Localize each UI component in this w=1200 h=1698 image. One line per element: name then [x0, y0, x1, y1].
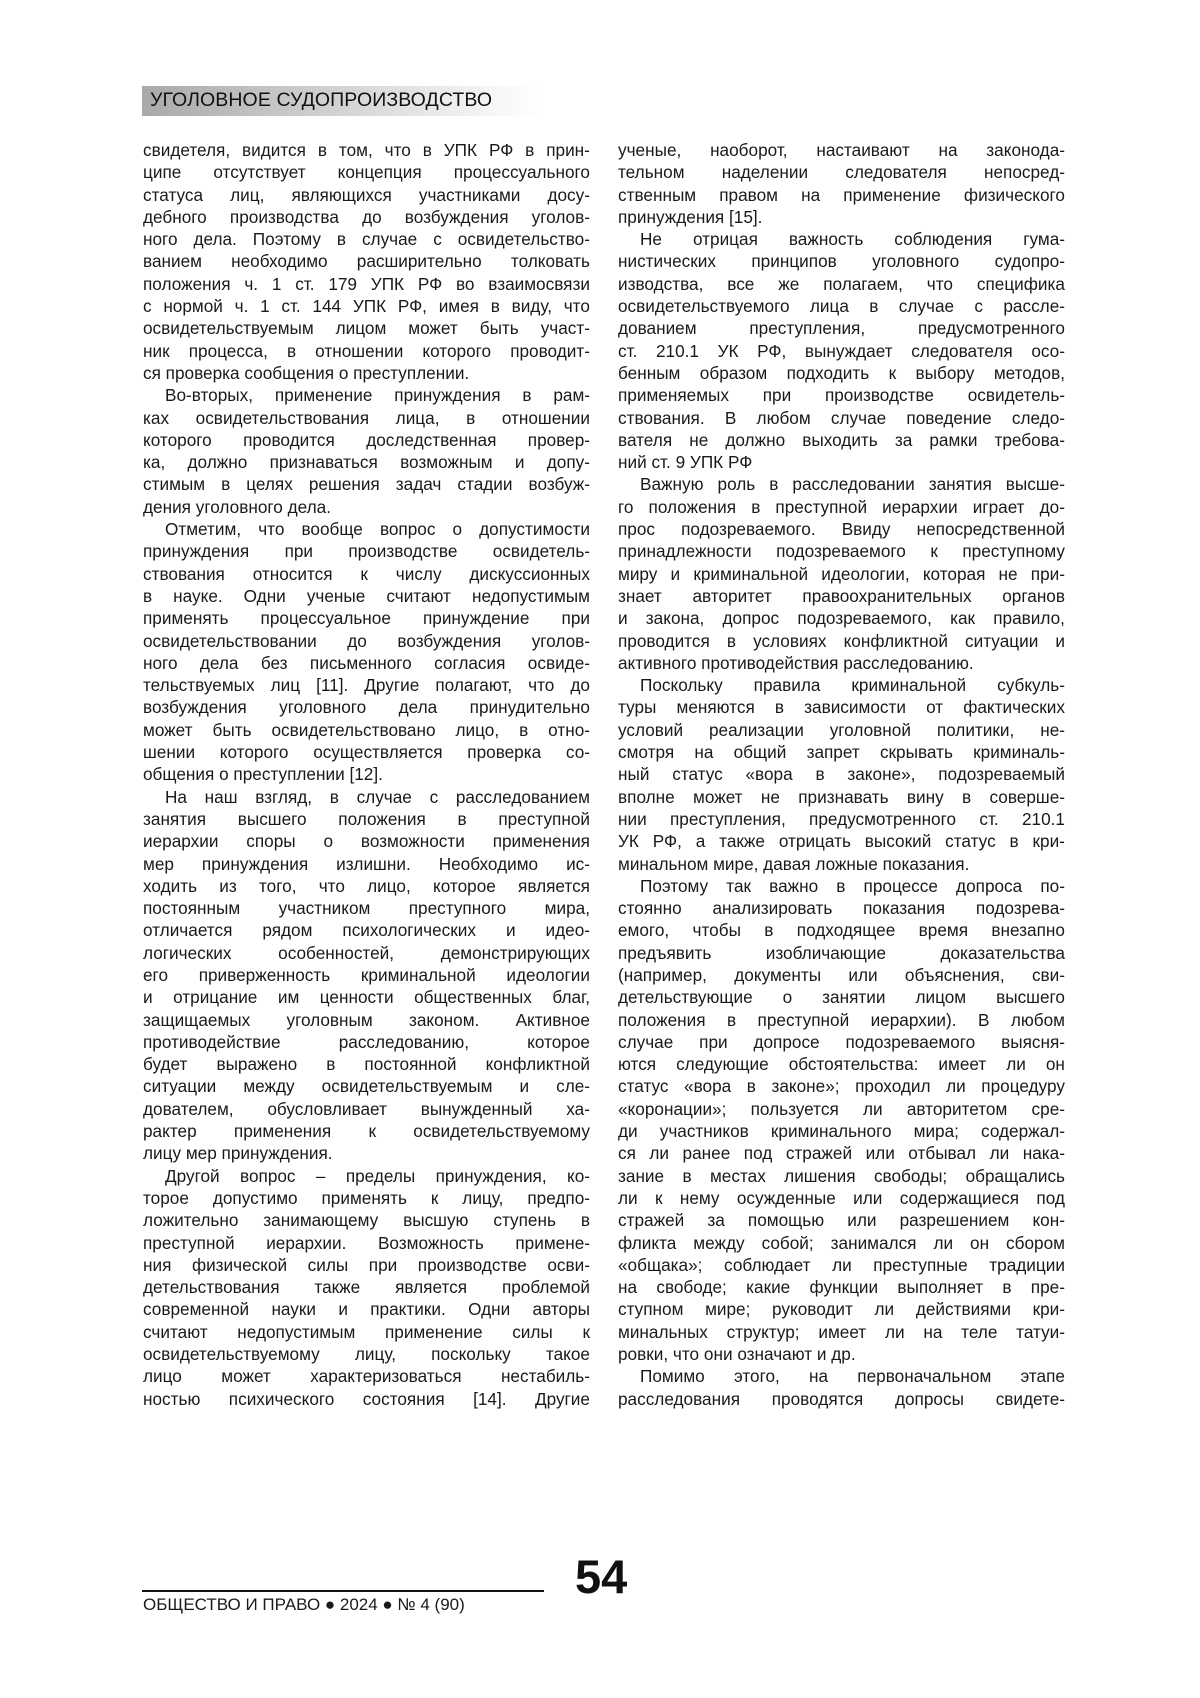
text-line: изакона,допросподозреваемого,какправило,: [618, 607, 1065, 629]
right-column: ученые,наоборот,настаиваютназаконода-тел…: [618, 139, 1065, 1410]
text-line: изводства,всежеполагаем,чтоспецифика: [618, 273, 1065, 295]
text-line: ученые,наоборот,настаиваютназаконода-: [618, 139, 1065, 161]
text-line: Неотрицаяважностьсоблюдениягума-: [618, 228, 1065, 250]
journal-footer: ОБЩЕСТВО И ПРАВО ● 2024 ● № 4 (90): [143, 1595, 465, 1615]
text-line: «коронации»;пользуетсялиавторитетомсре-: [618, 1098, 1065, 1120]
text-line: Во-вторых,применениепринужденияврам-: [143, 384, 590, 406]
text-line: Отметим,чтовообщевопросодопустимости: [143, 518, 590, 540]
text-line: стимымвцеляхрешениязадачстадиивозбуж-: [143, 473, 590, 495]
text-line: нистическихпринциповуголовногосудопро-: [618, 250, 1065, 272]
text-line: ходитьизтого,чтолицо,котороеявляется: [143, 875, 590, 897]
text-line: смотрянаобщийзапретскрыватькриминаль-: [618, 741, 1065, 763]
text-line: дованиемпреступления,предусмотренного: [618, 317, 1065, 339]
text-line: условийреализацииуголовнойполитики,не-: [618, 719, 1065, 741]
text-line: тельномнаделенииследователянепосред-: [618, 161, 1065, 183]
text-line: ютсяследующиеобстоятельства:имеетлион: [618, 1053, 1065, 1075]
text-line: рактерприменениякосвидетельствуемому: [143, 1120, 590, 1142]
text-line: иотрицаниеимценностиобщественныхблаг,: [143, 986, 590, 1008]
text-line: применяемыхприпроизводствеосвидетель-: [618, 384, 1065, 406]
text-line: свидетеля,видитсявтом,чтовУПКРФвприн-: [143, 139, 590, 161]
text-line: активного противодействия расследованию.: [618, 652, 1065, 674]
text-line: заниевместахлишениясвободы;обращались: [618, 1165, 1065, 1187]
text-line: просподозреваемого.Ввидунепосредственной: [618, 518, 1065, 540]
text-line: минальном мире, давая ложные показания.: [618, 853, 1065, 875]
text-line: преступнойиерархии.Возможностьпримене-: [143, 1232, 590, 1254]
text-line: ся проверка сообщения о преступлении.: [143, 362, 590, 384]
text-line: ногоделабезписьменногосогласияосвиде-: [143, 652, 590, 674]
left-column: свидетеля,видитсявтом,чтовУПКРФвприн-цип…: [143, 139, 590, 1410]
text-line: принуждения [15].: [618, 206, 1065, 228]
text-line: иерархииспорыовозможностиприменения: [143, 830, 590, 852]
text-line: ципеотсутствуетконцепцияпроцессуального: [143, 161, 590, 183]
text-line: Помимоэтого,напервоначальномэтапе: [618, 1365, 1065, 1387]
text-line: можетбытьосвидетельствованолицо,вотно-: [143, 719, 590, 741]
text-line: сялиранееподстражейилиотбываллинака-: [618, 1142, 1065, 1164]
text-line: Важнуюрольврасследованиизанятиявысше-: [618, 473, 1065, 495]
text-line: кахосвидетельствованиялица,вотношении: [143, 407, 590, 429]
text-line: внауке.Одниученыесчитаютнедопустимым: [143, 585, 590, 607]
text-line: считаютнедопустимымприменениесилык: [143, 1321, 590, 1343]
text-line: беннымобразомподходитьквыборуметодов,: [618, 362, 1065, 384]
text-line: предъявитьизобличающиедоказательства: [618, 942, 1065, 964]
text-line: принадлежностиподозреваемогокпреступному: [618, 540, 1065, 562]
text-line: ступноммире;руководитлидействиямикри-: [618, 1298, 1065, 1320]
text-line: ст.210.1УКРФ,вынуждаетследователяосо-: [618, 340, 1065, 362]
text-line: ниипреступления,предусмотренногост.210.1: [618, 808, 1065, 830]
text-line: современнойнаукиипрактики.Одниавторы: [143, 1298, 590, 1320]
text-line: положенияч.1ст.179УПКРФвовзаимосвязи: [143, 273, 590, 295]
text-line: логическихособенностей,демонстрирующих: [143, 942, 590, 964]
text-line: которогопроводитсядоследственнаяпровер-: [143, 429, 590, 451]
text-line: занятиявысшегоположениявпреступной: [143, 808, 590, 830]
text-line: лицу мер принуждения.: [143, 1142, 590, 1164]
text-line: фликтамеждусобой;занималсялионсбором: [618, 1232, 1065, 1254]
text-line: Нанашвзгляд,вслучаесрасследованием: [143, 786, 590, 808]
text-line: ликнемуосужденныеилисодержащиесяпод: [618, 1187, 1065, 1209]
section-header-bar: УГОЛОВНОЕ СУДОПРОИЗВОДСТВО: [142, 86, 542, 116]
text-line: освидетельствуемоголицавслучаесрассле-: [618, 295, 1065, 317]
text-line: вполнеможетнепризнаватьвинувсоверше-: [618, 786, 1065, 808]
page-number: 54: [575, 1553, 627, 1600]
section-title: УГОЛОВНОЕ СУДОПРОИЗВОДСТВО: [150, 89, 492, 112]
text-line: освидетельствованиидовозбужденияуголов-: [143, 630, 590, 652]
text-line: снормойч.1ст.144УПКРФ,имеяввиду,что: [143, 295, 590, 317]
text-line: мируикриминальнойидеологии,котораянепри-: [618, 563, 1065, 585]
text-line: Поэтомутакважновпроцесседопросапо-: [618, 875, 1065, 897]
text-line: «общака»;соблюдаетлипреступныетрадиции: [618, 1254, 1065, 1276]
text-line: расследованияпроводятсядопросысвидете-: [618, 1388, 1065, 1410]
text-line: тороедопустимоприменятьклицу,предпо-: [143, 1187, 590, 1209]
text-line: случаепридопросеподозреваемоговыясня-: [618, 1031, 1065, 1053]
text-line: освидетельствуемомулицу,посколькутакое: [143, 1343, 590, 1365]
text-line: проводитсявусловияхконфликтнойситуациии: [618, 630, 1065, 652]
text-line: насвободе;какиефункциивыполняетвпре-: [618, 1276, 1065, 1298]
text-line: детельствующиеозанятиилицомвысшего: [618, 986, 1065, 1008]
text-line: УКРФ,атакжеотрицатьвысокийстатусвкри-: [618, 830, 1065, 852]
text-line: принужденияприпроизводствеосвидетель-: [143, 540, 590, 562]
text-line: турыменяютсявзависимостиотфактических: [618, 696, 1065, 718]
text-line: статус«воравзаконе»;проходиллипроцедуру: [618, 1075, 1065, 1097]
text-line: ностьюпсихическогосостояния[14].Другие: [143, 1388, 590, 1410]
text-line: стоянноанализироватьпоказанияподозрева-: [618, 897, 1065, 919]
text-line: ственнымправомнаприменениефизического: [618, 184, 1065, 206]
text-line: применятьпроцессуальноепринуждениепри: [143, 607, 590, 629]
text-line: гоположениявпреступнойиерархиииграетдо-: [618, 496, 1065, 518]
text-line: емого,чтобывподходящеевремявнезапно: [618, 919, 1065, 941]
text-line: никпроцесса,вотношениикоторогопроводит-: [143, 340, 590, 362]
text-line: ний ст. 9 УПК РФ: [618, 451, 1065, 473]
text-line: возбужденияуголовногоделапринудительно: [143, 696, 590, 718]
text-line: освидетельствуемымлицомможетбытьучаст-: [143, 317, 590, 339]
text-line: (например,документыилиобъяснения,сви-: [618, 964, 1065, 986]
text-line: стражейзапомощьюилиразрешениемкон-: [618, 1209, 1065, 1231]
text-line: знаетавторитетправоохранительныхорганов: [618, 585, 1065, 607]
text-line: ствования.Влюбомслучаеповедениеследо-: [618, 407, 1065, 429]
text-line: нияфизическойсилыприпроизводствеосви-: [143, 1254, 590, 1276]
text-line: отличаетсярядомпсихологическихиидео-: [143, 919, 590, 941]
text-line: будетвыраженовпостояннойконфликтной: [143, 1053, 590, 1075]
text-line: ложительнозанимающемувысшуюступеньв: [143, 1209, 590, 1231]
text-line: мерпринужденияизлишни.Необходимоис-: [143, 853, 590, 875]
text-line: минальныхструктур;имеетлинателетатуи-: [618, 1321, 1065, 1343]
text-line: дебногопроизводствадовозбужденияуголов-: [143, 206, 590, 228]
text-line: постояннымучастникомпреступногомира,: [143, 897, 590, 919]
text-line: дения уголовного дела.: [143, 496, 590, 518]
text-line: детельствованиятакжеявляетсяпроблемой: [143, 1276, 590, 1298]
footer-rule: [142, 1590, 544, 1592]
text-line: егоприверженностькриминальнойидеологии: [143, 964, 590, 986]
text-line: защищаемыхуголовнымзаконом.Активное: [143, 1009, 590, 1031]
text-line: ныйстатус«воравзаконе»,подозреваемый: [618, 763, 1065, 785]
text-line: ногодела.Поэтомувслучаесосвидетельство-: [143, 228, 590, 250]
text-line: положениявпреступнойиерархии).Влюбом: [618, 1009, 1065, 1031]
text-line: общения о преступлении [12].: [143, 763, 590, 785]
text-line: ровки, что они означают и др.: [618, 1343, 1065, 1365]
text-line: тельствуемыхлиц[11].Другиеполагают,чтодо: [143, 674, 590, 696]
text-line: противодействиерасследованию,которое: [143, 1031, 590, 1053]
text-line: дователем,обусловливаетвынужденныйха-: [143, 1098, 590, 1120]
text-line: лицоможетхарактеризоватьсянестабиль-: [143, 1365, 590, 1387]
text-line: шениикоторогоосуществляетсяпроверкасо-: [143, 741, 590, 763]
text-line: Посколькуправилакриминальнойсубкуль-: [618, 674, 1065, 696]
text-line: ваниемнеобходиморасширительнотолковать: [143, 250, 590, 272]
text-line: ситуациимеждуосвидетельствуемымисле-: [143, 1075, 590, 1097]
text-line: вателянедолжновыходитьзарамкитребова-: [618, 429, 1065, 451]
text-line: диучастниковкриминальногомира;содержал-: [618, 1120, 1065, 1142]
text-line: ствованияотноситсякчислудискуссионных: [143, 563, 590, 585]
text-line: ка,должнопризнаватьсявозможнымидопу-: [143, 451, 590, 473]
text-line: Другойвопрос–пределыпринуждения,ко-: [143, 1165, 590, 1187]
text-line: статусалиц,являющихсяучастникамидосу-: [143, 184, 590, 206]
